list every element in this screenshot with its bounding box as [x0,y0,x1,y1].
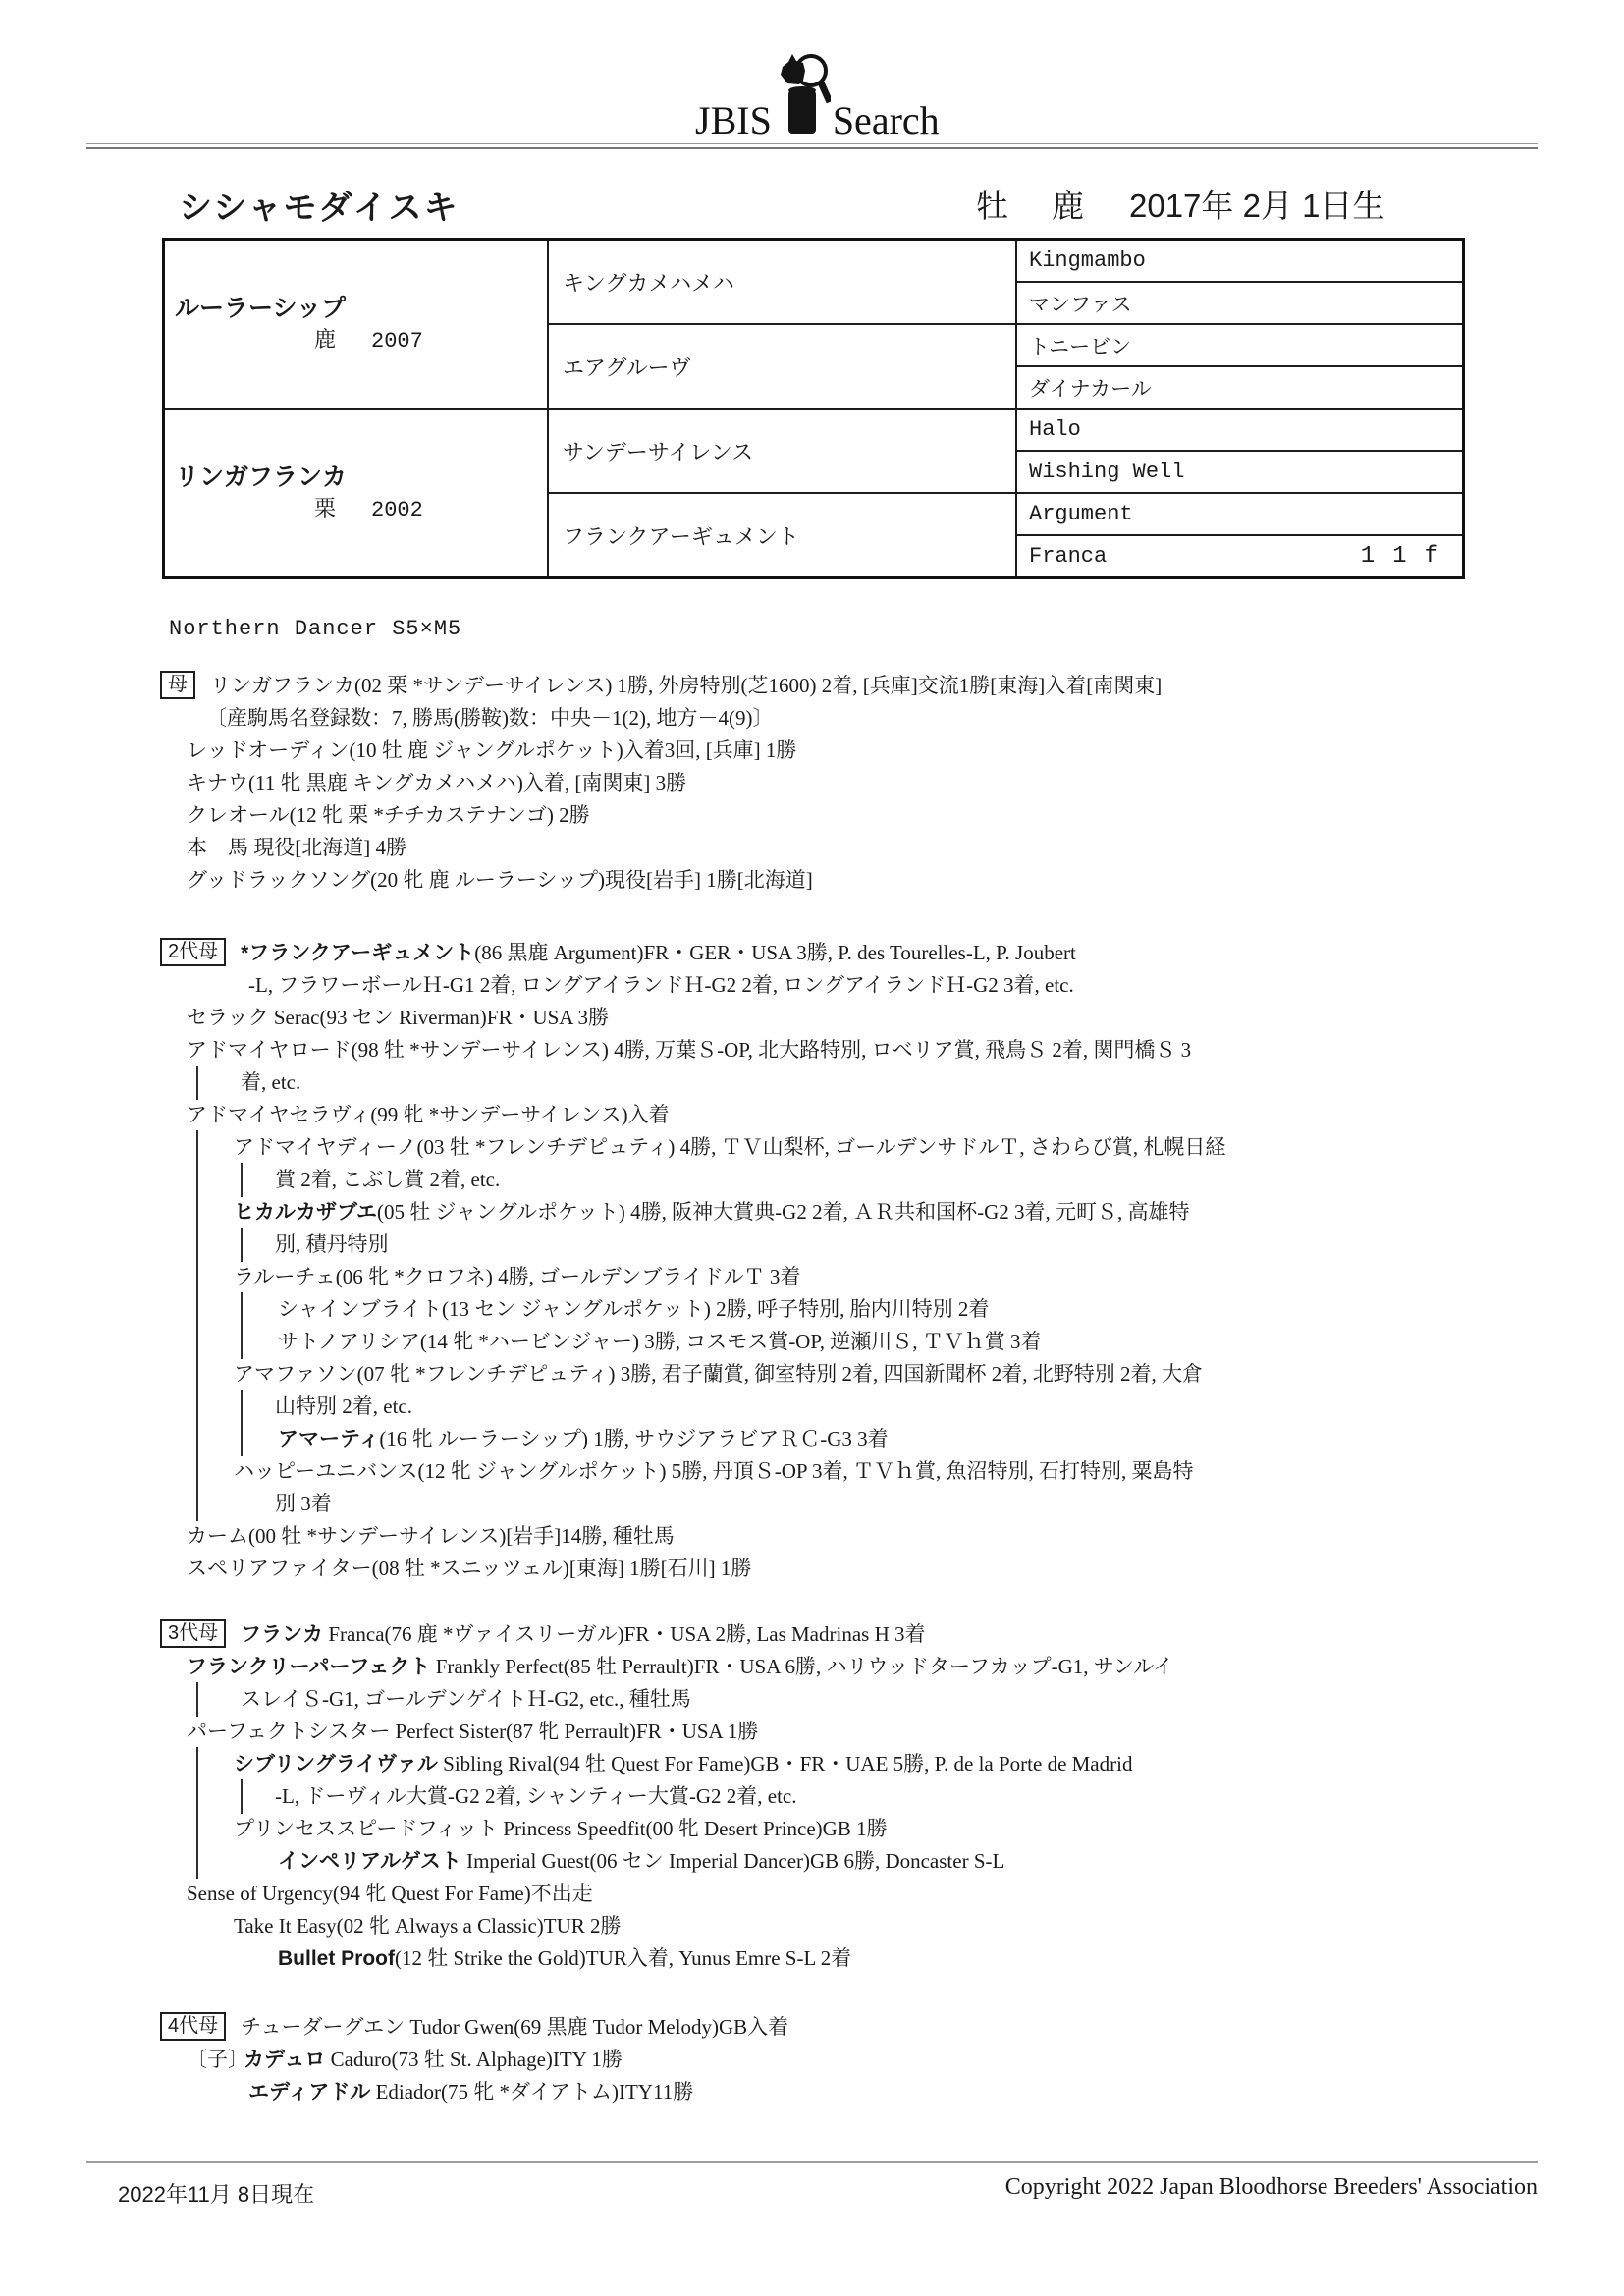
sire-year: 2007 [371,329,423,354]
generation-label: 母 [160,671,195,699]
note-line: 母リンガフランカ(02 栗 *サンデーサイレンス) 1勝, 外房特別(芝1600… [160,670,1540,702]
note-line: アマファソン(07 牝 *フレンチデピュティ) 3勝, 君子蘭賞, 御室特別 2… [160,1358,1540,1391]
note-line: シャインブライト(13 セン ジャングルポケット) 2勝, 呼子特別, 胎内川特… [160,1293,1540,1326]
sire-name: ルーラーシップ [165,295,547,323]
search-logo-text: Search [833,101,940,140]
note-line: エディアドル Ediador(75 牝 *ダイアトム)ITY11勝 [160,2076,1540,2108]
dam-sire-cell: サンデーサイレンス [548,409,1016,493]
note-text: セラック Serac(93 セン Riverman)FR・USA 3勝 [187,1006,609,1029]
gen3-cell: マンファス [1016,282,1464,324]
note-line: インペリアルゲスト Imperial Guest(06 セン Imperial … [160,1845,1540,1878]
note-line: 4代母チューダーグエン Tudor Gwen(69 黒鹿 Tudor Melod… [160,2011,1540,2044]
note-line: グッドラックソング(20 牝 鹿 ルーラーシップ)現役[岩手] 1勝[北海道] [160,864,1540,897]
generation-label: 3代母 [160,1619,226,1648]
note-line: -L, フラワーボールＨ-G1 2着, ロングアイランドＨ-G2 2着, ロング… [160,969,1540,1002]
note-line: スレイＳ-G1, ゴールデンゲイトＨ-G2, etc., 種牡馬 [160,1683,1540,1716]
fourth-dam-section: 4代母チューダーグエン Tudor Gwen(69 黒鹿 Tudor Melod… [160,2011,1540,2108]
note-line: パーフェクトシスター Perfect Sister(87 牝 Perrault)… [160,1716,1540,1748]
horse-name-bold: シブリングライヴァル [234,1753,438,1776]
horse-sex-birth: 牡鹿2017年 2月 1日生 [976,181,1384,227]
note-line: Sense of Urgency(94 牝 Quest For Fame)不出走 [160,1878,1540,1910]
gen3-cell: Halo [1016,409,1464,451]
gen3-cell: Kingmambo [1016,240,1464,283]
note-text: グッドラックソング(20 牝 鹿 ルーラーシップ)現役[岩手] 1勝[北海道] [187,868,813,892]
horse-name-bold: フランカ [241,1623,323,1646]
note-text: Frankly Perfect(85 牡 Perrault)FR・USA 6勝,… [430,1655,1173,1678]
table-row: ルーラーシップ 鹿2007 キングカメハメハ Kingmambo [164,240,1464,283]
note-line: アドマイヤディーノ(03 牡 *フレンチデピュティ) 4勝, ＴＶ山梨杯, ゴー… [160,1131,1540,1164]
tree-connector-line [196,1228,198,1262]
note-line: 山特別 2着, etc. [160,1391,1540,1423]
sire-sire-cell: キングカメハメハ [548,240,1016,325]
child-label: 〔子〕 [187,2044,244,2076]
note-line: セラック Serac(93 セン Riverman)FR・USA 3勝 [160,1002,1540,1034]
note-text: Sense of Urgency(94 牝 Quest For Fame)不出走 [187,1882,593,1905]
note-line: レッドオーディン(10 牡 鹿 ジャングルポケット)入着3回, [兵庫] 1勝 [160,735,1540,767]
sire-dam-cell: エアグルーヴ [548,324,1016,409]
tree-connector-line [196,1260,198,1294]
tree-connector-line [196,1066,198,1100]
horse-name-bold: カデュロ [244,2049,325,2071]
note-line: 3代母フランカ Franca(76 鹿 *ヴァイスリーガル)FR・USA 2勝,… [160,1618,1540,1651]
second-dam-section: 2代母*フランクアーギュメント(86 黒鹿 Argument)FR・GER・US… [160,937,1540,1585]
note-line: 賞 2着, こぶし賞 2着, etc. [160,1164,1540,1196]
note-text: クレオール(12 牝 栗 *チチカステナンゴ) 2勝 [187,803,590,827]
jbis-search-logo: JBIS Search [695,51,940,140]
sire-coat: 鹿 [314,327,336,352]
note-text: チューダーグエン Tudor Gwen(69 黒鹿 Tudor Melody)G… [241,2015,788,2039]
dam-year: 2002 [371,498,423,522]
note-text: アドマイヤセラヴィ(99 牝 *サンデーサイレンス)入着 [187,1103,670,1126]
tree-connector-line [196,1357,198,1392]
note-line: 別, 積丹特別 [160,1229,1540,1261]
note-line: 〔子〕カデュロ Caduro(73 牡 St. Alphage)ITY 1勝 [160,2044,1540,2076]
tree-connector-line [196,1779,198,1814]
tree-connector-line [241,1779,243,1814]
note-text: (05 牡 ジャングルポケット) 4勝, 阪神大賞典-G2 2着, ＡＲ共和国杯… [377,1200,1190,1224]
sex-label: 牡 [976,188,1008,224]
horse-name-bold: Bullet Proof [278,1947,395,1970]
dam-coat-year: 栗2002 [165,492,547,522]
note-line: カーム(00 牡 *サンデーサイレンス)[岩手]14勝, 種牡馬 [160,1520,1540,1553]
tree-connector-line [196,1292,198,1327]
pedigree-table: ルーラーシップ 鹿2007 キングカメハメハ Kingmambo マンファス エ… [162,238,1465,579]
sire-coat-year: 鹿2007 [165,323,547,354]
gen3-cell: Argument [1016,493,1464,535]
note-text: (12 牡 Strike the Gold)TUR入着, Yunus Emre … [395,1946,851,1970]
tree-connector-line [196,1454,198,1489]
note-line: アドマイヤセラヴィ(99 牝 *サンデーサイレンス)入着 [160,1099,1540,1131]
tree-connector-line [241,1390,243,1424]
dam-cell: リンガフランカ 栗2002 [164,409,549,578]
note-text: (16 牝 ルーラーシップ) 1勝, サウジアラビアＲＣ-G3 3着 [379,1427,888,1450]
note-text: キナウ(11 牝 黒鹿 キングカメハメハ)入着, [南関東] 3勝 [187,771,686,794]
tree-connector-line [196,1682,198,1717]
note-line: ハッピーユニバンス(12 牝 ジャングルポケット) 5勝, 丹頂Ｓ-OP 3着,… [160,1455,1540,1488]
family-number: 11f [1361,543,1456,570]
horse-name-bold: エディアドル [248,2081,370,2104]
tree-connector-line [196,1844,198,1879]
dam-dam-cell: フランクアーギュメント [548,493,1016,578]
gen3-cell: Wishing Well [1016,451,1464,493]
header-divider [86,143,1538,149]
horse-name-bold: *フランクアーギュメント [241,942,474,964]
note-text: 別 3着 [275,1492,332,1515]
third-dam-section: 3代母フランカ Franca(76 鹿 *ヴァイスリーガル)FR・USA 2勝,… [160,1618,1540,1975]
note-text: Ediador(75 牝 *ダイアトム)ITY11勝 [370,2080,693,2104]
dam-coat: 栗 [314,496,336,520]
birth-date-label: 2017年 2月 1日生 [1129,188,1384,224]
note-line: フランクリーパーフェクト Frankly Perfect(85 牡 Perrau… [160,1651,1540,1683]
horse-name-bold: ヒカルカザブエ [234,1201,377,1224]
tree-connector-line [241,1422,243,1456]
note-text: 賞 2着, こぶし賞 2着, etc. [275,1168,500,1191]
tree-connector-line [196,1325,198,1359]
note-line: クレオール(12 牝 栗 *チチカステナンゴ) 2勝 [160,799,1540,832]
note-text: サトノアリシア(14 牝 *ハービンジャー) 3勝, コスモス賞-OP, 逆瀬川… [278,1330,1041,1353]
tree-connector-line [196,1422,198,1456]
tree-connector-line [241,1163,243,1197]
note-text: Take It Easy(02 牝 Always a Classic)TUR 2… [234,1914,622,1938]
gen3-cell: ダイナカール [1016,366,1464,409]
tree-connector-line [196,1812,198,1846]
note-text: パーフェクトシスター Perfect Sister(87 牝 Perrault)… [187,1720,758,1743]
note-line: 2代母*フランクアーギュメント(86 黒鹿 Argument)FR・GER・US… [160,937,1540,969]
note-line: Take It Easy(02 牝 Always a Classic)TUR 2… [160,1910,1540,1942]
horse-magnifier-icon [776,51,831,142]
note-line: アドマイヤロード(98 牡 *サンデーサイレンス) 4勝, 万葉Ｓ-OP, 北大… [160,1034,1540,1066]
note-line: -L, ドーヴィル大賞-G2 2着, シャンティー大賞-G2 2着, etc. [160,1780,1540,1813]
horse-name-bold: フランクリーパーフェクト [187,1656,430,1678]
table-row: リンガフランカ 栗2002 サンデーサイレンス Halo [164,409,1464,451]
note-text: Sibling Rival(94 牡 Quest For Fame)GB・FR・… [438,1752,1133,1776]
note-line: アマーティ(16 牝 ルーラーシップ) 1勝, サウジアラビアＲＣ-G3 3着 [160,1423,1540,1455]
tree-connector-line [196,1195,198,1230]
dam-dam-dam-name: Franca [1029,544,1107,569]
note-line: サトノアリシア(14 牝 *ハービンジャー) 3勝, コスモス賞-OP, 逆瀬川… [160,1326,1540,1358]
note-text: レッドオーディン(10 牡 鹿 ジャングルポケット)入着3回, [兵庫] 1勝 [187,738,796,762]
note-text: 別, 積丹特別 [275,1232,389,1256]
note-line: スペリアファイター(08 牡 *スニッツェル)[東海] 1勝[石川] 1勝 [160,1553,1540,1585]
pedigree-report-page: JBIS Search シシャモダイスキ 牡鹿2017年 2月 1日生 ルーラー… [0,0,1624,2296]
note-text: シャインブライト(13 セン ジャングルポケット) 2勝, 呼子特別, 胎内川特… [278,1297,989,1321]
note-text: ハッピーユニバンス(12 牝 ジャングルポケット) 5勝, 丹頂Ｓ-OP 3着,… [234,1459,1194,1483]
note-text: プリンセススピードフィット Princess Speedfit(00 牝 Des… [234,1817,888,1840]
generation-label: 4代母 [160,2012,226,2041]
note-line: キナウ(11 牝 黒鹿 キングカメハメハ)入着, [南関東] 3勝 [160,767,1540,799]
footer-divider [86,2161,1538,2163]
note-text: リンガフランカ(02 栗 *サンデーサイレンス) 1勝, 外房特別(芝1600)… [210,674,1162,697]
note-text: カーム(00 牡 *サンデーサイレンス)[岩手]14勝, 種牡馬 [187,1524,675,1548]
note-text: 本 馬 現役[北海道] 4勝 [187,836,406,859]
tree-connector-line [196,1747,198,1781]
dam-name: リンガフランカ [165,464,547,492]
note-text: -L, フラワーボールＨ-G1 2着, ロングアイランドＨ-G2 2着, ロング… [248,973,1074,997]
note-line: 別 3着 [160,1488,1540,1520]
tree-connector-line [196,1130,198,1165]
horse-name-bold: インペリアルゲスト [278,1850,461,1873]
jbis-logo-text: JBIS [695,101,772,140]
tree-connector-line [241,1325,243,1359]
gen3-cell: トニービン [1016,324,1464,366]
note-line: 〔産駒馬名登録数：7, 勝馬(勝鞍)数：中央－1(2), 地方－4(9)〕 [160,702,1540,735]
note-text: 着, etc. [241,1070,300,1094]
note-text: スペリアファイター(08 牡 *スニッツェル)[東海] 1勝[石川] 1勝 [187,1557,751,1580]
note-line: プリンセススピードフィット Princess Speedfit(00 牝 Des… [160,1813,1540,1845]
dam-section: 母リンガフランカ(02 栗 *サンデーサイレンス) 1勝, 外房特別(芝1600… [160,670,1540,897]
coat-label: 鹿 [1052,188,1084,224]
note-text: Franca(76 鹿 *ヴァイスリーガル)FR・USA 2勝, Las Mad… [323,1622,925,1646]
note-line: 着, etc. [160,1066,1540,1099]
note-text: -L, ドーヴィル大賞-G2 2着, シャンティー大賞-G2 2着, etc. [275,1784,797,1808]
note-text: 山特別 2着, etc. [275,1394,412,1418]
note-text: (86 黒鹿 Argument)FR・GER・USA 3勝, P. des To… [474,941,1076,964]
note-text: スレイＳ-G1, ゴールデンゲイトＨ-G2, etc., 種牡馬 [241,1687,691,1711]
note-text: 〔産駒馬名登録数：7, 勝馬(勝鞍)数：中央－1(2), 地方－4(9)〕 [206,706,773,730]
note-line: ラルーチェ(06 牝 *クロフネ) 4勝, ゴールデンブライドルＴ 3着 [160,1261,1540,1293]
generation-label: 2代母 [160,938,226,966]
note-line: シブリングライヴァル Sibling Rival(94 牡 Quest For … [160,1748,1540,1780]
tree-connector-line [241,1228,243,1262]
gen3-cell: Franca 11f [1016,535,1464,578]
copyright-text: Copyright 2022 Japan Bloodhorse Breeders… [1005,2174,1538,2201]
note-text: アマファソン(07 牝 *フレンチデピュティ) 3勝, 君子蘭賞, 御室特別 2… [234,1362,1203,1386]
note-text: ラルーチェ(06 牝 *クロフネ) 4勝, ゴールデンブライドルＴ 3着 [234,1265,800,1288]
tree-connector-line [196,1487,198,1521]
note-line: ヒカルカザブエ(05 牡 ジャングルポケット) 4勝, 阪神大賞典-G2 2着,… [160,1196,1540,1229]
note-text: Imperial Guest(06 セン Imperial Dancer)GB … [461,1849,1004,1873]
note-text: アドマイヤディーノ(03 牡 *フレンチデピュティ) 4勝, ＴＶ山梨杯, ゴー… [234,1135,1225,1159]
note-text: Caduro(73 牡 St. Alphage)ITY 1勝 [325,2048,623,2071]
tree-connector-line [241,1292,243,1327]
note-line: Bullet Proof(12 牡 Strike the Gold)TUR入着,… [160,1942,1540,1975]
horse-name-bold: アマーティ [278,1428,379,1450]
sire-cell: ルーラーシップ 鹿2007 [164,240,549,410]
note-line: 本 馬 現役[北海道] 4勝 [160,832,1540,864]
page-title-horse-name: シシャモダイスキ [179,181,459,229]
as-of-date: 2022年11月 8日現在 [118,2178,314,2209]
tree-connector-line [196,1163,198,1197]
note-text: アドマイヤロード(98 牡 *サンデーサイレンス) 4勝, 万葉Ｓ-OP, 北大… [187,1038,1191,1062]
inbreeding-note: Northern Dancer S5×M5 [169,617,461,641]
tree-connector-line [196,1390,198,1424]
